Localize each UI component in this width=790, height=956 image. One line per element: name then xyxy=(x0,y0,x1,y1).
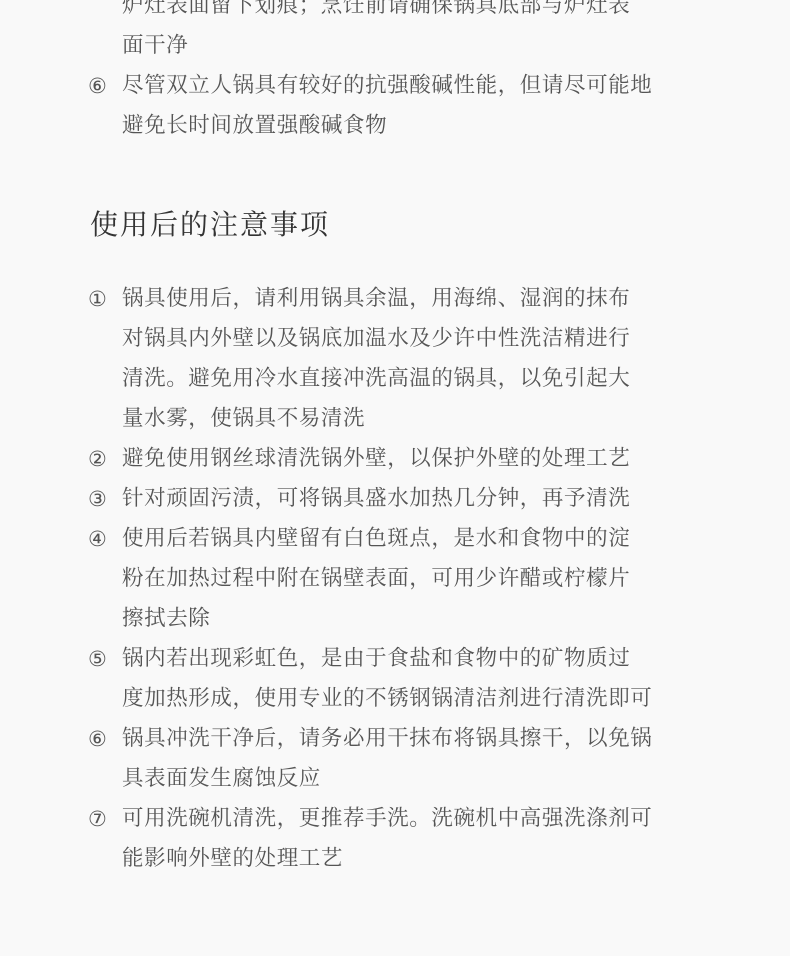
list-item: ⑤ 锅内若出现彩虹色，是由于食盐和食物中的矿物质过 度加热形成，使用专业的不锈钢… xyxy=(0,639,790,719)
item-text-line: 度加热形成，使用专业的不锈钢锅清洁剂进行清洗即可 xyxy=(122,679,712,719)
after-use-section: 使用后的注意事项 ① 锅具使用后，请利用锅具余温，用海绵、湿润的抹布 对锅具内外… xyxy=(0,205,790,879)
item-number: ③ xyxy=(88,479,118,519)
list-item: ④ 使用后若锅具内壁留有白色斑点，是水和食物中的淀 粉在加热过程中附在锅壁表面，… xyxy=(0,519,790,639)
item-text-line: 可用洗碗机清洗，更推荐手洗。洗碗机中高强洗涤剂可 xyxy=(122,799,712,839)
item-text-line: 锅内若出现彩虹色，是由于食盐和食物中的矿物质过 xyxy=(122,639,712,679)
item-number: ④ xyxy=(88,519,118,559)
list-item: 炉灶表面留下划痕；烹饪前请确保锅具底部与炉灶表 面干净 xyxy=(0,0,790,66)
item-text-line: 避免使用钢丝球清洗锅外壁，以保护外壁的处理工艺 xyxy=(122,439,712,479)
item-text-line: 清洗。避免用冷水直接冲洗高温的锅具，以免引起大 xyxy=(122,359,712,399)
item-number: ⑦ xyxy=(88,799,118,839)
item-text-line: 具表面发生腐蚀反应 xyxy=(122,759,712,799)
item-text-line: 针对顽固污渍，可将锅具盛水加热几分钟，再予清洗 xyxy=(122,479,712,519)
item-text-line: 能影响外壁的处理工艺 xyxy=(122,839,712,879)
item-text-line: 避免长时间放置强酸碱食物 xyxy=(122,106,712,146)
item-number: ⑤ xyxy=(88,639,118,679)
item-text-line: 使用后若锅具内壁留有白色斑点，是水和食物中的淀 xyxy=(122,519,712,559)
list-item: ⑥ 锅具冲洗干净后，请务必用干抹布将锅具擦干，以免锅 具表面发生腐蚀反应 xyxy=(0,719,790,799)
item-text-line: 对锅具内外壁以及锅底加温水及少许中性洗洁精进行 xyxy=(122,319,712,359)
item-number: ② xyxy=(88,439,118,479)
item-text-line: 粉在加热过程中附在锅壁表面，可用少许醋或柠檬片 xyxy=(122,559,712,599)
list-item: ③ 针对顽固污渍，可将锅具盛水加热几分钟，再予清洗 xyxy=(0,479,790,519)
item-text-line: 锅具使用后，请利用锅具余温，用海绵、湿润的抹布 xyxy=(122,279,712,319)
list-item: ② 避免使用钢丝球清洗锅外壁，以保护外壁的处理工艺 xyxy=(0,439,790,479)
item-number: ⑥ xyxy=(88,66,118,106)
item-number: ① xyxy=(88,279,118,319)
item-number: ⑥ xyxy=(88,719,118,759)
section-title: 使用后的注意事项 xyxy=(0,205,790,245)
list-item: ⑦ 可用洗碗机清洗，更推荐手洗。洗碗机中高强洗涤剂可 能影响外壁的处理工艺 xyxy=(0,799,790,879)
item-text-line: 锅具冲洗干净后，请务必用干抹布将锅具擦干，以免锅 xyxy=(122,719,712,759)
before-use-list: 炉灶表面留下划痕；烹饪前请确保锅具底部与炉灶表 面干净 ⑥ 尽管双立人锅具有较好… xyxy=(0,0,790,146)
list-item: ① 锅具使用后，请利用锅具余温，用海绵、湿润的抹布 对锅具内外壁以及锅底加温水及… xyxy=(0,279,790,439)
item-text-line: 尽管双立人锅具有较好的抗强酸碱性能，但请尽可能地 xyxy=(122,66,712,106)
item-text-line: 擦拭去除 xyxy=(122,599,712,639)
item-text-line: 量水雾，使锅具不易清洗 xyxy=(122,399,712,439)
after-use-list: ① 锅具使用后，请利用锅具余温，用海绵、湿润的抹布 对锅具内外壁以及锅底加温水及… xyxy=(0,279,790,879)
list-item: ⑥ 尽管双立人锅具有较好的抗强酸碱性能，但请尽可能地 避免长时间放置强酸碱食物 xyxy=(0,66,790,146)
item-text-line: 炉灶表面留下划痕；烹饪前请确保锅具底部与炉灶表 xyxy=(122,0,712,26)
item-text-line: 面干净 xyxy=(122,26,712,66)
